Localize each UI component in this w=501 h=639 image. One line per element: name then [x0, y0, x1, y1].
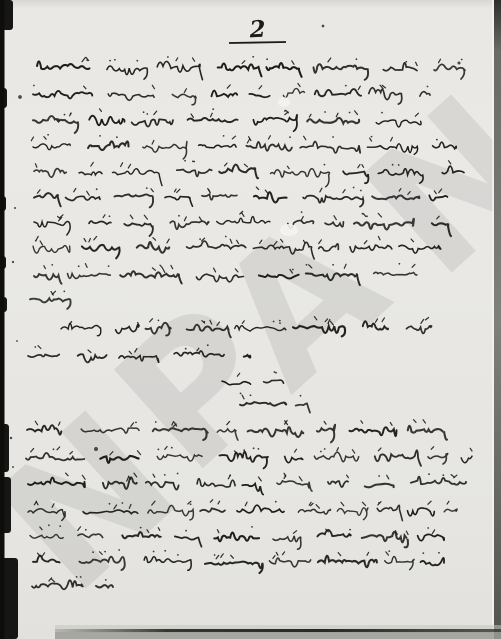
diacritic-dot — [118, 549, 120, 551]
diacritic-mark — [199, 217, 202, 221]
handwriting-word — [421, 558, 445, 565]
diacritic-mark — [378, 236, 380, 239]
handwriting-word — [37, 61, 90, 69]
handwriting-word — [315, 89, 361, 96]
handwriting-word — [411, 477, 466, 485]
handwriting-word — [218, 63, 262, 76]
handwriting-word — [30, 298, 71, 309]
left-border-blob — [0, 477, 11, 533]
archive-watermark: ΝΡΑΝ — [0, 56, 501, 631]
diacritic-dot — [48, 524, 50, 526]
diacritic-mark — [217, 530, 219, 533]
diacritic-mark — [256, 187, 258, 190]
handwriting-word — [132, 119, 173, 126]
diacritic-dot — [155, 421, 157, 423]
diacritic-mark — [390, 423, 392, 426]
diacritic-dot — [366, 215, 368, 217]
left-border-blob — [0, 424, 9, 472]
handwriting-word — [113, 169, 163, 186]
diacritic-mark — [91, 162, 94, 166]
diacritic-dot — [109, 215, 111, 217]
diacritic-dot — [275, 372, 277, 374]
handwriting-line — [30, 291, 71, 309]
bottom-page-edge-line — [55, 629, 501, 632]
bottom-edge-shadow — [55, 632, 501, 639]
diacritic-dot — [63, 291, 65, 293]
diacritic-dot — [422, 552, 424, 554]
diacritic-mark — [412, 264, 415, 267]
diacritic-dot — [289, 136, 291, 138]
diacritic-dot — [92, 551, 94, 553]
handwriting-word — [337, 508, 368, 520]
diacritic-mark — [320, 188, 322, 192]
diacritic-mark — [378, 448, 381, 451]
diacritic-dot — [427, 86, 429, 88]
handwriting-word — [137, 242, 169, 253]
diacritic-dot — [135, 422, 137, 424]
diacritic-mark — [35, 164, 37, 167]
handwriting-word — [325, 222, 343, 227]
handwriting-word — [34, 193, 61, 206]
scanned-letter-page: ΝΡΑΝ 2 — [0, 0, 501, 639]
page-number: 2 — [248, 16, 266, 44]
diacritic-mark — [334, 216, 336, 220]
diacritic-mark — [336, 113, 338, 117]
diacritic-mark — [74, 189, 76, 192]
diacritic-mark — [84, 239, 86, 242]
diacritic-mark — [191, 114, 193, 118]
handwriting-word — [285, 457, 303, 463]
diacritic-dot — [140, 527, 142, 529]
diacritic-mark — [85, 264, 87, 268]
diacritic-mark — [421, 319, 424, 323]
handwriting-word — [68, 274, 111, 279]
handwriting-word — [314, 64, 369, 80]
diacritic-mark — [432, 530, 434, 534]
diacritic-dot — [428, 473, 430, 475]
handwriting-word — [385, 557, 414, 570]
diacritic-dot — [109, 503, 111, 505]
diacritic-mark — [362, 502, 365, 505]
manuscript-scan-svg: ΝΡΑΝ 2 — [0, 0, 501, 639]
diacritic-mark — [38, 346, 41, 349]
diacritic-dot — [279, 320, 281, 322]
diacritic-dot — [436, 139, 438, 141]
diacritic-mark — [31, 137, 33, 141]
diacritic-dot — [171, 447, 173, 449]
diacritic-dot — [178, 215, 180, 217]
diacritic-dot — [153, 551, 155, 553]
diacritic-mark — [352, 450, 354, 453]
diacritic-dot — [185, 530, 187, 532]
handwriting-word — [157, 61, 202, 79]
diacritic-dot — [167, 56, 169, 58]
diacritic-mark — [364, 241, 367, 244]
diacritic-mark — [287, 166, 289, 168]
diacritic-mark — [258, 477, 261, 481]
diacritic-mark — [431, 447, 434, 450]
diacritic-dot — [193, 161, 195, 163]
diacritic-dot — [85, 529, 87, 531]
left-border-blob — [0, 88, 7, 108]
diacritic-mark — [49, 578, 52, 581]
diacritic-mark — [163, 269, 165, 273]
diacritic-dot — [360, 190, 362, 192]
handwriting-word — [408, 508, 435, 516]
diacritic-mark — [361, 421, 363, 424]
left-border-blob — [0, 256, 6, 269]
handwriting-word — [82, 245, 120, 258]
diacritic-mark — [152, 268, 155, 270]
handwriting-word — [219, 165, 258, 179]
handwriting-word — [298, 509, 330, 514]
diacritic-mark — [87, 191, 90, 195]
diacritic-mark — [298, 84, 300, 87]
diacritic-mark — [225, 163, 228, 166]
handwriting-word — [428, 454, 448, 464]
toner-speckle — [94, 447, 98, 451]
diacritic-dot — [185, 348, 187, 350]
diacritic-mark — [216, 555, 219, 558]
left-border-blob — [0, 0, 13, 30]
diacritic-mark — [128, 164, 130, 168]
diacritic-mark — [52, 291, 55, 294]
diacritic-mark — [154, 111, 157, 115]
diacritic-dot — [59, 525, 61, 527]
diacritic-dot — [53, 448, 55, 450]
diacritic-dot — [164, 550, 166, 552]
handwriting-word — [374, 272, 417, 275]
left-border-blob — [0, 558, 18, 639]
diacritic-dot — [212, 108, 214, 110]
diacritic-mark — [40, 241, 42, 245]
diacritic-mark — [103, 215, 105, 218]
diacritic-mark — [121, 163, 123, 167]
handwriting-word — [107, 66, 147, 79]
handwriting-word — [34, 222, 70, 235]
diacritic-dot — [76, 576, 78, 578]
handwriting-word — [212, 91, 238, 97]
diacritic-mark — [416, 62, 418, 65]
right-scan-edge — [494, 0, 501, 639]
diacritic-dot — [378, 502, 380, 504]
diacritic-mark — [386, 552, 389, 555]
diacritic-dot — [275, 501, 277, 503]
white-smudge — [280, 224, 298, 236]
diacritic-dot — [207, 344, 209, 346]
diacritic-mark — [70, 113, 72, 116]
diacritic-dot — [51, 264, 53, 266]
handwriting-word — [418, 534, 445, 540]
handwriting-word — [115, 194, 154, 207]
diacritic-mark — [36, 236, 38, 239]
diacritic-dot — [332, 264, 334, 266]
diacritic-mark — [227, 85, 230, 88]
diacritic-mark — [451, 475, 454, 478]
diacritic-dot — [398, 164, 400, 166]
toner-speckle — [457, 61, 460, 64]
handwriting-word — [177, 169, 212, 176]
handwriting-word — [28, 354, 59, 357]
diacritic-dot — [405, 61, 407, 63]
diacritic-dot — [158, 449, 160, 451]
diacritic-mark — [193, 58, 195, 61]
toner-speckle — [16, 340, 18, 342]
diacritic-mark — [184, 217, 186, 221]
handwriting-word — [266, 63, 301, 77]
diacritic-mark — [176, 58, 178, 61]
left-border-blob — [0, 297, 7, 312]
diacritic-mark — [295, 449, 297, 452]
diacritic-dot — [353, 187, 355, 189]
diacritic-dot — [122, 502, 124, 504]
diacritic-mark — [426, 318, 429, 320]
handwriting-word — [170, 221, 209, 229]
handwriting-word — [375, 450, 421, 465]
handwriting-word — [269, 558, 310, 567]
toner-speckle — [322, 25, 325, 28]
handwriting-word — [34, 274, 62, 284]
diacritic-dot — [378, 475, 380, 477]
handwriting-word — [143, 141, 187, 159]
diacritic-dot — [225, 236, 227, 238]
diacritic-dot — [349, 112, 351, 114]
toner-speckle — [18, 95, 22, 99]
diacritic-mark — [208, 190, 210, 193]
page-number-underline — [229, 42, 286, 43]
diacritic-dot — [320, 451, 322, 453]
diacritic-mark — [152, 85, 154, 89]
diacritic-dot — [292, 269, 294, 271]
diacritic-mark — [152, 140, 154, 144]
handwriting-word — [124, 223, 153, 236]
diacritic-dot — [266, 58, 268, 60]
diacritic-dot — [146, 187, 148, 189]
diacritic-dot — [324, 448, 326, 450]
diacritic-mark — [89, 239, 91, 242]
diacritic-mark — [37, 190, 40, 193]
diacritic-mark — [177, 189, 180, 192]
diacritic-mark — [153, 238, 156, 241]
diacritic-dot — [274, 371, 276, 373]
left-border-blob — [0, 196, 6, 211]
diacritic-dot — [96, 188, 98, 190]
diacritic-dot — [332, 136, 334, 138]
diacritic-mark — [341, 502, 344, 506]
diacritic-mark — [247, 139, 249, 143]
diacritic-mark — [284, 473, 286, 477]
diacritic-mark — [285, 112, 288, 115]
handwriting-word — [33, 246, 70, 254]
diacritic-mark — [428, 501, 431, 504]
diacritic-mark — [232, 136, 235, 139]
handwriting-word — [172, 94, 196, 104]
handwriting-word — [34, 169, 66, 178]
diacritic-mark — [94, 237, 97, 240]
handwriting-word — [350, 245, 392, 252]
diacritic-mark — [84, 86, 86, 89]
diacritic-dot — [64, 114, 66, 116]
diacritic-dot — [273, 321, 275, 323]
diacritic-dot — [442, 474, 444, 476]
handwriting-word — [328, 481, 348, 487]
handwriting-word — [202, 194, 237, 199]
diacritic-mark — [358, 86, 360, 89]
handwriting-word — [61, 323, 101, 335]
diacritic-mark — [273, 556, 275, 559]
diacritic-mark — [423, 420, 425, 423]
handwriting-word — [314, 452, 358, 461]
handwriting-word — [444, 509, 457, 512]
diacritic-mark — [447, 501, 449, 504]
diacritic-mark — [259, 86, 262, 89]
white-smudge — [278, 97, 290, 107]
diacritic-dot — [105, 579, 107, 581]
diacritic-dot — [253, 447, 255, 449]
right-edge-highlight — [492, 0, 494, 639]
diacritic-mark — [347, 475, 349, 478]
diacritic-mark — [44, 266, 46, 269]
diacritic-dot — [146, 113, 148, 115]
handwriting-word — [242, 484, 263, 495]
handwriting-word — [318, 556, 377, 567]
handwriting-word — [273, 536, 301, 549]
handwriting-word — [253, 115, 297, 131]
diacritic-mark — [100, 109, 102, 112]
diacritic-dot — [240, 393, 242, 395]
toner-speckle — [56, 118, 59, 121]
handwriting-word — [89, 116, 124, 126]
diacritic-mark — [338, 553, 341, 556]
diacritic-mark — [160, 265, 163, 268]
diacritic-dot — [388, 550, 390, 552]
handwriting-word — [317, 530, 350, 537]
diacritic-dot — [324, 164, 326, 166]
diacritic-dot — [99, 135, 101, 137]
handwriting-word — [283, 88, 304, 97]
diacritic-mark — [470, 448, 472, 451]
diacritic-mark — [221, 554, 224, 558]
diacritic-dot — [86, 59, 88, 61]
diacritic-mark — [184, 89, 186, 93]
diacritic-dot — [306, 264, 308, 266]
diacritic-mark — [268, 136, 270, 139]
diacritic-dot — [399, 263, 401, 265]
diacritic-dot — [47, 134, 49, 136]
diacritic-dot — [190, 503, 192, 505]
diacritic-dot — [461, 59, 463, 61]
diacritic-dot — [116, 136, 118, 138]
diacritic-dot — [143, 111, 145, 113]
diacritic-mark — [244, 164, 247, 167]
handwriting-word — [188, 118, 238, 122]
diacritic-dot — [392, 164, 394, 166]
diacritic-dot — [158, 320, 160, 322]
diacritic-dot — [177, 554, 179, 556]
diacritic-dot — [108, 265, 110, 267]
diacritic-dot — [279, 322, 281, 324]
toner-speckle — [12, 261, 14, 263]
handwriting-word — [377, 505, 402, 520]
handwriting-word — [205, 562, 263, 573]
diacritic-mark — [363, 214, 365, 217]
diacritic-mark — [293, 531, 296, 534]
handwriting-line — [33, 84, 430, 105]
diacritic-mark — [144, 215, 147, 219]
diacritic-dot — [301, 211, 303, 213]
handwriting-word — [33, 91, 92, 98]
handwriting-word — [214, 532, 259, 541]
page-number-block: 2 — [229, 16, 286, 44]
handwriting-word — [33, 116, 78, 133]
diacritic-mark — [337, 448, 339, 451]
handwriting-word — [307, 118, 359, 123]
diacritic-mark — [282, 552, 284, 555]
handwriting-word — [33, 144, 70, 150]
diacritic-mark — [292, 61, 294, 65]
diacritic-mark — [316, 505, 319, 509]
handwriting-word — [237, 505, 284, 513]
diacritic-mark — [242, 61, 245, 64]
diacritic-mark — [131, 423, 134, 427]
diacritic-dot — [324, 111, 326, 113]
diacritic-dot — [136, 60, 138, 62]
diacritic-mark — [44, 137, 46, 140]
diacritic-mark — [328, 58, 331, 62]
diacritic-dot — [33, 85, 35, 87]
diacritic-dot — [258, 448, 260, 450]
diacritic-mark — [414, 420, 417, 423]
diacritic-mark — [367, 552, 369, 555]
diacritic-dot — [104, 551, 106, 553]
diacritic-dot — [427, 527, 429, 529]
diacritic-dot — [109, 60, 111, 62]
toner-speckle — [10, 437, 12, 439]
diacritic-dot — [243, 449, 245, 451]
diacritic-mark — [175, 189, 177, 192]
diacritic-dot — [252, 56, 254, 58]
diacritic-mark — [299, 477, 302, 481]
diacritic-mark — [245, 502, 247, 506]
diacritic-dot — [251, 526, 253, 528]
handwriting-word — [383, 63, 417, 71]
handwriting-word — [350, 427, 397, 436]
diacritic-dot — [438, 552, 440, 554]
handwriting-word — [408, 426, 447, 440]
handwriting-word — [246, 142, 292, 151]
handwriting-word — [165, 197, 193, 207]
toner-speckle — [14, 207, 16, 209]
handwriting-word — [88, 141, 128, 150]
diacritic-dot — [345, 85, 347, 87]
handwriting-word — [365, 484, 394, 488]
handwriting-word — [108, 93, 154, 100]
diacritic-mark — [304, 136, 306, 140]
diacritic-dot — [80, 576, 82, 578]
diacritic-dot — [349, 529, 351, 531]
diacritic-dot — [229, 475, 231, 477]
handwriting-word — [199, 144, 237, 147]
diacritic-mark — [387, 475, 389, 479]
diacritic-dot — [250, 394, 252, 396]
diacritic-dot — [356, 58, 358, 60]
handwriting-word — [89, 221, 111, 224]
diacritic-mark — [82, 58, 85, 62]
handwriting-word — [66, 196, 101, 200]
diacritic-dot — [184, 160, 186, 162]
toner-speckle — [12, 466, 14, 468]
handwriting-line — [37, 56, 465, 80]
